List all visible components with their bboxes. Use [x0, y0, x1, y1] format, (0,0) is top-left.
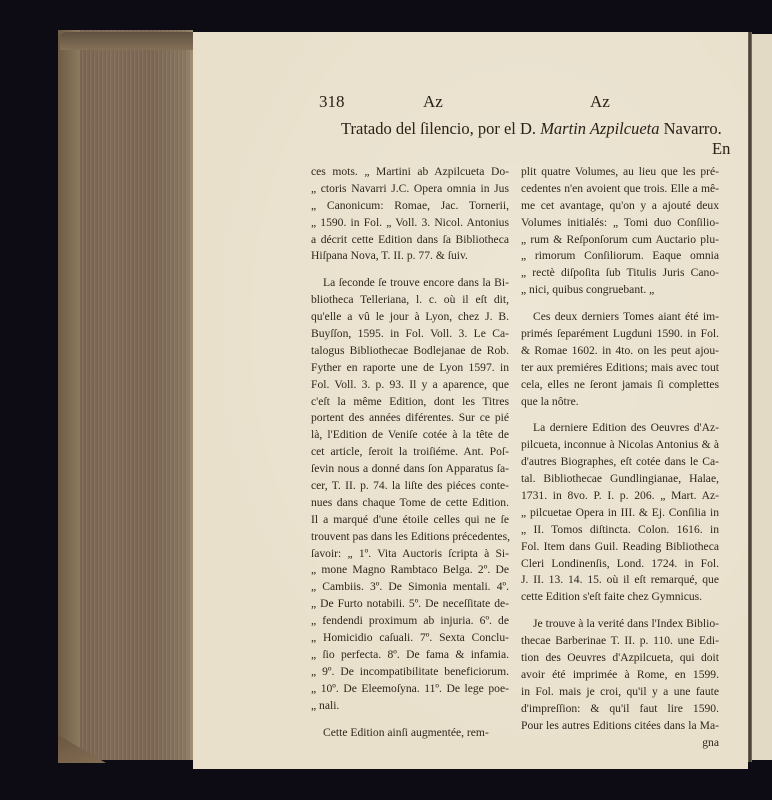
text-line: a décrit cette Edition dans ſa Bibliothe… — [311, 232, 509, 249]
text-line: Il a marqué d'une étoile celles qui ne ſ… — [311, 512, 509, 529]
running-head-left: Az — [423, 92, 443, 112]
text-line: „ nali. — [311, 698, 509, 715]
text-line: ter aux premiéres Editions; mais avec to… — [521, 360, 719, 377]
text-line: „ 9º. De incompatibilitate beneficiorum. — [311, 664, 509, 681]
text-line: bliotheca Telleriana, l. c. où il eſt di… — [311, 292, 509, 309]
book-cover-edge — [58, 30, 80, 760]
text-line: Hiſpana Nova, T. II. p. 77. & ſuiv. — [311, 248, 509, 265]
text-line: plit quatre Volumes, au lieu que les pré… — [521, 164, 719, 181]
text-line: Fol. Item dans Guil. Reading Bibliotheca — [521, 539, 719, 556]
text-line: „ pilcuetae Opera in III. & Ej. Conſilia… — [521, 505, 719, 522]
text-line: La derniere Edition des Oeuvres d'Az- — [521, 420, 719, 437]
title-pre: Tratado del ſilencio, por el D. — [341, 119, 540, 138]
text-line: là, l'Edition de Veniſe cotée à la tête … — [311, 427, 509, 444]
text-line: „ rectè diſpoſita ſub Titulis Juris Cano… — [521, 265, 719, 282]
text-line: ſavoir: „ 1º. Vita Auctoris ſcripta à Si… — [311, 546, 509, 563]
text-line: „ ſio perfecta. 8º. De fama & infamia. — [311, 647, 509, 664]
text-line: „ Homicidio caſuali. 7º. Sexta Conclu- — [311, 630, 509, 647]
text-line: Cleri Londinenſis, Lond. 1724. in Fol. — [521, 556, 719, 573]
text-line: Je trouve à la verité dans l'Index Bibli… — [521, 616, 719, 633]
text-line: tal. Bibliothecae Gundlingianae, Halae, — [521, 471, 719, 488]
text-line: Fyther en raporte une de Lyon 1597. in — [311, 360, 509, 377]
running-head-right: Az — [590, 92, 610, 112]
title-post: Navarro. — [660, 119, 722, 138]
paragraph-gap — [311, 265, 509, 275]
text-line: Fol. Voll. 3. p. 93. Il y a aparence, qu… — [311, 377, 509, 394]
text-line: d'impreſſion: & qu'il faut lire 1590. — [521, 701, 719, 718]
facing-page-edge — [752, 34, 772, 760]
text-line: primés ſeparément Lugduni 1590. in Fol. — [521, 326, 719, 343]
text-line: „ II. Tomos diſtincta. Colon. 1616. in — [521, 522, 719, 539]
text-line: „ 10º. De Eleemoſyna. 11º. De lege poe- — [311, 681, 509, 698]
text-line: que la nôtre. — [521, 394, 719, 411]
text-line: J. II. 13. 14. 15. où il eſt remarqué, q… — [521, 572, 719, 589]
text-line: in Fol. mais je croi, qu'il y a une faut… — [521, 684, 719, 701]
title-line: Tratado del ſilencio, por el D. Martin A… — [341, 119, 733, 139]
text-line: „ 1590. in Fol. „ Voll. 3. Nicol. Antoni… — [311, 215, 509, 232]
text-line: ces mots. „ Martini ab Azpilcueta Do- — [311, 164, 509, 181]
text-line: nues dans chaque Tome de cette Edition. — [311, 495, 509, 512]
text-line: cela, elles ne ſeront jamais ſi complett… — [521, 377, 719, 394]
text-line: Cette Edition ainſi augmentée, rem- — [311, 725, 509, 742]
text-line: thecae Barberinae T. II. p. 110. une Edi… — [521, 633, 719, 650]
text-line: & Romae 1602. in 4to. on les peut ajou- — [521, 343, 719, 360]
text-line: cedentes n'en avoient que trois. Elle a … — [521, 181, 719, 198]
text-line: ſevin nous a donné dans ſon Apparatus ſa… — [311, 461, 509, 478]
text-line: gna — [521, 735, 719, 752]
title-catchword: En — [712, 139, 730, 159]
text-line: Pour les autres Editions citées dans la … — [521, 718, 719, 735]
title-italic-name: Martin Azpilcueta — [540, 119, 659, 138]
paragraph-gap — [311, 715, 509, 725]
text-line: d'autres Biographes, eſt cotée dans le C… — [521, 454, 719, 471]
left-text-column: ces mots. „ Martini ab Azpilcueta Do-„ c… — [311, 164, 509, 741]
text-line: trouvent pas dans les Editions précedent… — [311, 529, 509, 546]
right-text-column: plit quatre Volumes, au lieu que les pré… — [521, 164, 719, 751]
text-line: La ſeconde ſe trouve encore dans la Bi- — [311, 275, 509, 292]
text-line: me cet avantage, qu'on y a ajouté deux — [521, 198, 719, 215]
text-line: „ fendendi proximum ab injuria. 6º. de — [311, 613, 509, 630]
text-line: „ mone Magno Rambtaco Belga. 2º. De — [311, 562, 509, 579]
text-line: „ Cambiis. 3º. De Simonia mentali. 4º. — [311, 579, 509, 596]
text-line: Ces deux derniers Tomes aiant été im- — [521, 309, 719, 326]
text-line: talogus Bibliothecae Bodlejanae de Rob. — [311, 343, 509, 360]
text-line: cer, T. II. p. 74. la liſte des piéces c… — [311, 478, 509, 495]
text-line: tion des Oeuvres d'Azpilcueta, qui doit — [521, 650, 719, 667]
text-line: „ nici, quibus congruebant. „ — [521, 282, 719, 299]
text-line: 1731. in 8vo. P. I. p. 206. „ Mart. Az- — [521, 488, 719, 505]
page-number: 318 — [319, 92, 345, 112]
text-line: Volumes initialés: „ Tomi duo Conſilio- — [521, 215, 719, 232]
text-line: portent des années diférentes. Sur ce pi… — [311, 410, 509, 427]
text-line: „ rum & Reſponſorum cum Auctario plu- — [521, 232, 719, 249]
paragraph-gap — [521, 410, 719, 420]
text-line: pilcueta, inconnue à Nicolas Antonius & … — [521, 437, 719, 454]
text-line: „ Canonicum: Romae, Jac. Tornerii, — [311, 198, 509, 215]
text-line: cet article, ſeroit la troiſiéme. Ant. P… — [311, 444, 509, 461]
text-line: „ De Furto notabili. 5º. De neceſſitate … — [311, 596, 509, 613]
text-line: „ rimorum Conſiliorum. Eaque omnia — [521, 248, 719, 265]
text-line: qu'elle a vû le jour à Lyon, chez J. B. — [311, 309, 509, 326]
text-line: „ ctoris Navarri J.C. Opera omnia in Jus — [311, 181, 509, 198]
text-line: c'eſt la même Edition, dont les Titres — [311, 394, 509, 411]
text-line: Buyſſon, 1595. in Fol. Voll. 3. Le Ca- — [311, 326, 509, 343]
paragraph-gap — [521, 299, 719, 309]
text-line: avoir été imprimée à Rome, en 1599. — [521, 667, 719, 684]
book-cover-top — [60, 32, 193, 50]
paragraph-gap — [521, 606, 719, 616]
text-line: cette Edition s'eſt faite chez Gymnicus. — [521, 589, 719, 606]
